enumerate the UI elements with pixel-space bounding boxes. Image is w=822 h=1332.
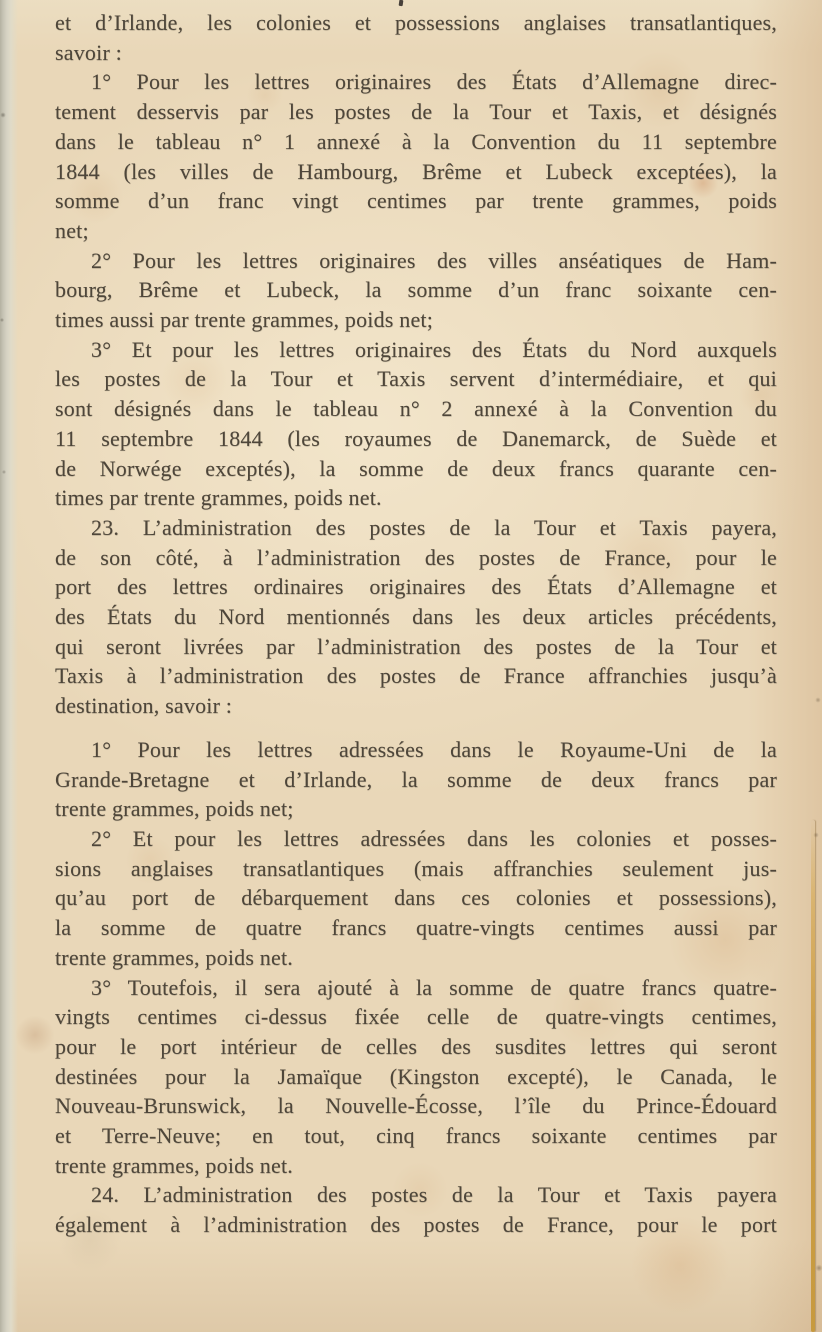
text-line: trente grammes, poids net. bbox=[55, 1151, 777, 1181]
text-line: 3° Toutefois, il sera ajouté à la somme … bbox=[55, 973, 777, 1003]
text-line: 1844 (les villes de Hambourg, Brême et L… bbox=[55, 157, 777, 187]
cut-text-remnant bbox=[399, 0, 404, 6]
text-line: 1° Pour les lettres adressées dans le Ro… bbox=[55, 735, 777, 765]
text-line: 2° Et pour les lettres adressées dans le… bbox=[55, 824, 777, 854]
text-line: 23. L’administration des postes de la To… bbox=[55, 513, 777, 543]
text-line: sions anglaises transatlantiques (mais a… bbox=[55, 854, 777, 884]
text-line: les postes de la Tour et Taxis servent d… bbox=[55, 364, 777, 394]
text-line: Nouveau-Brunswick, la Nouvelle-Écosse, l… bbox=[55, 1091, 777, 1121]
text-line: 3° Et pour les lettres originaires des É… bbox=[55, 335, 777, 365]
text-line: times par trente grammes, poids net. bbox=[55, 483, 777, 513]
text-line: 1° Pour les lettres originaires des État… bbox=[55, 67, 777, 97]
text-line: destinées pour la Jamaïque (Kingston exc… bbox=[55, 1062, 777, 1092]
text-line: somme d’un franc vingt centimes par tren… bbox=[55, 186, 777, 216]
text-line: vingts centimes ci-dessus fixée celle de… bbox=[55, 1002, 777, 1032]
text-line: et d’Irlande, les colonies et possession… bbox=[55, 8, 777, 38]
scanned-book-page: et d’Irlande, les colonies et possession… bbox=[0, 0, 822, 1332]
text-line: port des lettres ordinaires originaires … bbox=[55, 572, 777, 602]
text-line: 11 septembre 1844 (les royaumes de Danem… bbox=[55, 424, 777, 454]
text-line: tement desservis par les postes de la To… bbox=[55, 97, 777, 127]
page-text: et d’Irlande, les colonies et possession… bbox=[55, 8, 777, 1240]
text-line: qui seront livrées par l’administration … bbox=[55, 632, 777, 662]
text-line: dans le tableau n° 1 annexé à la Convent… bbox=[55, 127, 777, 157]
text-line: de Norwége exceptés), la somme de deux f… bbox=[55, 454, 777, 484]
text-line: net; bbox=[55, 216, 777, 246]
text-line: 2° Pour les lettres originaires des vill… bbox=[55, 246, 777, 276]
text-line: des États du Nord mentionnés dans les de… bbox=[55, 602, 777, 632]
text-line: Taxis à l’administration des postes de F… bbox=[55, 661, 777, 691]
text-line: et Terre-Neuve; en tout, cinq francs soi… bbox=[55, 1121, 777, 1151]
text-line: pour le port intérieur de celles des sus… bbox=[55, 1032, 777, 1062]
text-line: times aussi par trente grammes, poids ne… bbox=[55, 305, 777, 335]
text-line: trente grammes, poids net. bbox=[55, 943, 777, 973]
text-line: sont désignés dans le tableau n° 2 annex… bbox=[55, 394, 777, 424]
text-line: trente grammes, poids net; bbox=[55, 794, 777, 824]
text-line: destination, savoir : bbox=[55, 691, 777, 721]
text-line: qu’au port de débarquement dans ces colo… bbox=[55, 883, 777, 913]
text-line: savoir : bbox=[55, 38, 777, 68]
text-line: de son côté, à l’administration des post… bbox=[55, 543, 777, 573]
page-binding-edge bbox=[0, 0, 18, 1332]
gilt-page-edge bbox=[811, 820, 815, 1332]
text-line: Grande-Bretagne et d’Irlande, la somme d… bbox=[55, 765, 777, 795]
text-line: bourg, Brême et Lubeck, la somme d’un fr… bbox=[55, 275, 777, 305]
text-line: également à l’administration des postes … bbox=[55, 1210, 777, 1240]
text-line: la somme de quatre francs quatre-vingts … bbox=[55, 913, 777, 943]
text-line: 24. L’administration des postes de la To… bbox=[55, 1180, 777, 1210]
